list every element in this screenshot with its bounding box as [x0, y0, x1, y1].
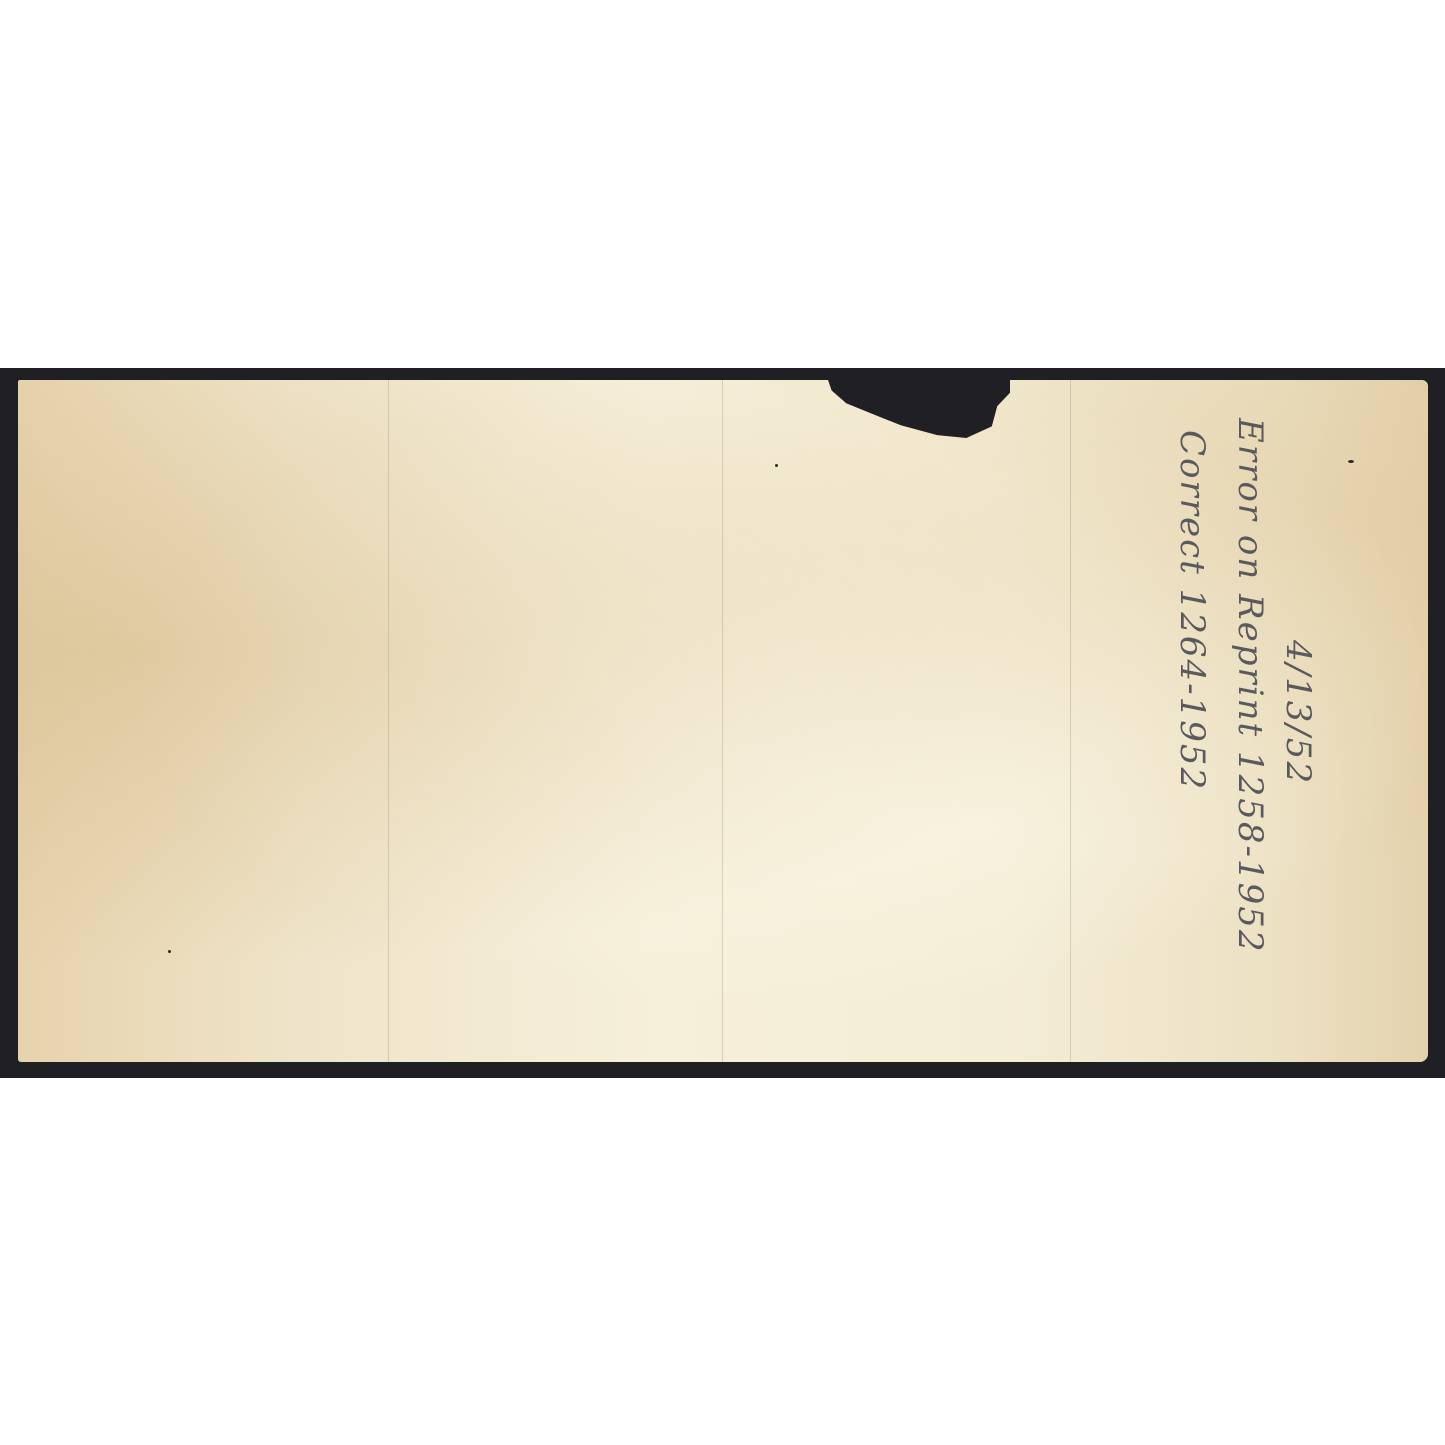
- handwritten-note-correct: Correct 1264-1952: [1172, 430, 1212, 791]
- handwritten-note-error: Error on Reprint 1258-1952: [1230, 418, 1270, 954]
- paper-speck: [168, 950, 171, 953]
- paper-speck: [1348, 460, 1354, 463]
- handwritten-date: 4/13/52: [1278, 640, 1318, 785]
- fold-line: [388, 380, 389, 1062]
- paper-sheet: [18, 380, 1428, 1062]
- fold-line: [1070, 380, 1071, 1062]
- paper-speck: [775, 464, 778, 467]
- fold-line: [722, 380, 723, 1062]
